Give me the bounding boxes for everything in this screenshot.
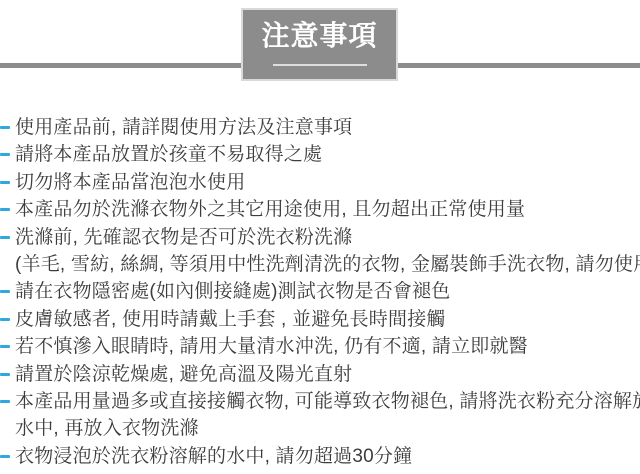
list-item: 皮膚敏感者, 使用時請戴上手套 , 並避免長時間接觸	[0, 306, 640, 333]
list-item: 若不慎滲入眼睛時, 請用大量清水沖洗, 仍有不適, 請立即就醫	[0, 333, 640, 360]
bullet-dash-icon	[0, 345, 10, 348]
bullet-dash-icon	[0, 236, 10, 239]
list-item: 切勿將本產品當泡泡水使用	[0, 169, 640, 196]
bullet-dash-icon	[0, 455, 10, 458]
list-item: 使用產品前, 請詳閱使用方法及注意事項	[0, 114, 640, 141]
list-item-text: 衣物浸泡於洗衣粉溶解的水中, 請勿超過30分鐘	[15, 443, 640, 470]
list-item: 本產品用量過多或直接接觸衣物, 可能導致衣物褪色, 請將洗衣粉充分溶解於	[0, 388, 640, 415]
header-title-box: 注意事項	[241, 8, 398, 81]
bullet-dash-icon	[0, 373, 10, 376]
bullet-dash-icon	[0, 290, 10, 293]
list-item: 洗滌前, 先確認衣物是否可於洗衣粉洗滌	[0, 224, 640, 251]
list-item: 衣物浸泡於洗衣粉溶解的水中, 請勿超過30分鐘	[0, 443, 640, 470]
precautions-page: 注意事項 使用產品前, 請詳閱使用方法及注意事項請將本產品放置於孩童不易取得之處…	[0, 0, 640, 474]
list-item-continuation: 水中, 再放入衣物洗滌	[0, 415, 640, 442]
bullet-dash-icon	[0, 208, 10, 211]
list-item-text: 若不慎滲入眼睛時, 請用大量清水沖洗, 仍有不適, 請立即就醫	[15, 333, 640, 360]
notes-list: 使用產品前, 請詳閱使用方法及注意事項請將本產品放置於孩童不易取得之處切勿將本產…	[0, 114, 640, 470]
bullet-dash-icon	[0, 318, 10, 321]
list-item-continuation: (羊毛, 雪紡, 絲綢, 等須用中性洗劑清洗的衣物, 金屬裝飾手洗衣物, 請勿使…	[0, 251, 640, 278]
title-underline	[273, 64, 367, 66]
list-item: 請在衣物隱密處(如內側接縫處)測試衣物是否會褪色	[0, 278, 640, 305]
list-item-text: 本產品勿於洗滌衣物外之其它用途使用, 且勿超出正常使用量	[15, 196, 640, 223]
list-item: 請置於陰涼乾燥處, 避免高溫及陽光直射	[0, 361, 640, 388]
bullet-dash-icon	[0, 181, 10, 184]
page-title: 注意事項	[243, 19, 396, 53]
list-item-text: 請置於陰涼乾燥處, 避免高溫及陽光直射	[15, 361, 640, 388]
list-item: 請將本產品放置於孩童不易取得之處	[0, 141, 640, 168]
bullet-dash-icon	[0, 400, 10, 403]
list-item-text: 水中, 再放入衣物洗滌	[15, 415, 640, 442]
list-item-text: 切勿將本產品當泡泡水使用	[15, 169, 640, 196]
list-item-text: 本產品用量過多或直接接觸衣物, 可能導致衣物褪色, 請將洗衣粉充分溶解於	[15, 388, 640, 415]
list-item-text: 請將本產品放置於孩童不易取得之處	[15, 141, 640, 168]
list-item-text: 洗滌前, 先確認衣物是否可於洗衣粉洗滌	[15, 224, 640, 251]
list-item-text: 使用產品前, 請詳閱使用方法及注意事項	[15, 114, 640, 141]
list-item-text: 皮膚敏感者, 使用時請戴上手套 , 並避免長時間接觸	[15, 306, 640, 333]
bullet-dash-icon	[0, 126, 10, 129]
bullet-dash-icon	[0, 153, 10, 156]
list-item-text: 請在衣物隱密處(如內側接縫處)測試衣物是否會褪色	[15, 278, 640, 305]
list-item: 本產品勿於洗滌衣物外之其它用途使用, 且勿超出正常使用量	[0, 196, 640, 223]
list-item-text: (羊毛, 雪紡, 絲綢, 等須用中性洗劑清洗的衣物, 金屬裝飾手洗衣物, 請勿使…	[15, 251, 640, 278]
